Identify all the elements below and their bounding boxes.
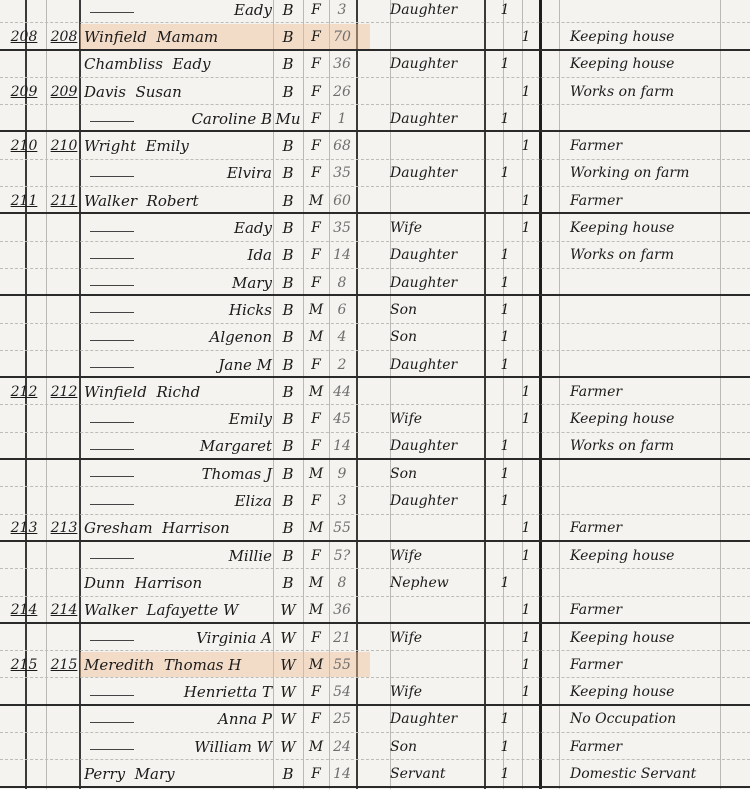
age-value: 44 [330, 378, 354, 405]
single-mark [496, 624, 514, 651]
relationship-value: Daughter [384, 706, 496, 733]
given-name: Hicks [229, 301, 272, 319]
color-value: B [274, 515, 302, 542]
age-value: 14 [330, 433, 354, 460]
person-name: Perry Mary [84, 760, 272, 787]
given-name: William W [194, 738, 272, 756]
given-name: Anna P [218, 710, 272, 728]
married-mark [517, 760, 535, 787]
occupation-value: Works on farm [566, 78, 745, 105]
relationship-value: Son [384, 733, 496, 760]
given-name: Eady [234, 219, 272, 237]
age-value: 54 [330, 679, 354, 706]
dwelling-number: 212 [2, 378, 46, 405]
given-name: Eady [234, 1, 272, 19]
color-value: B [274, 78, 302, 105]
occupation-value: Farmer [566, 733, 745, 760]
color-value: B [274, 296, 302, 323]
dwelling-number: 215 [2, 651, 46, 678]
single-mark: 1 [496, 0, 514, 23]
family-number [48, 706, 80, 733]
married-mark: 1 [517, 187, 535, 214]
ditto-mark [90, 285, 134, 286]
census-row: 212212Winfield RichdBM441Farmer [0, 378, 750, 405]
occupation-value [566, 0, 745, 23]
sex-value: M [304, 569, 328, 596]
census-page: EadyBF3Daughter1208208Winfield MamamBF70… [0, 0, 750, 789]
family-number: 215 [48, 651, 80, 678]
single-mark: 1 [496, 324, 514, 351]
age-value: 9 [330, 460, 354, 487]
age-value: 14 [330, 242, 354, 269]
sex-value: M [304, 597, 328, 624]
census-row: Anna PWF25Daughter1No Occupation [0, 706, 750, 733]
person-name: Chambliss Eady [84, 51, 272, 78]
given-name: Harrison [162, 519, 230, 537]
census-row: MargaretBF14Daughter1Works on farm [0, 433, 750, 460]
color-value: W [274, 624, 302, 651]
given-name: Elvira [227, 164, 272, 182]
occupation-value [566, 269, 745, 296]
dwelling-number [2, 51, 46, 78]
person-name: Eady [84, 214, 278, 241]
surname: Gresham [84, 519, 153, 537]
dwelling-number: 213 [2, 515, 46, 542]
color-value: B [274, 160, 302, 187]
ditto-mark [90, 367, 134, 368]
age-value: 55 [330, 515, 354, 542]
occupation-value [566, 487, 745, 514]
relationship-value [384, 187, 496, 214]
person-name: Caroline B [84, 105, 278, 132]
relationship-value: Wife [384, 624, 496, 651]
age-value: 6 [330, 296, 354, 323]
occupation-value: Keeping house [566, 406, 745, 433]
surname: Wright [84, 137, 136, 155]
census-row: Caroline BMuF1Daughter1 [0, 105, 750, 132]
single-mark: 1 [496, 706, 514, 733]
dwelling-number: 211 [2, 187, 46, 214]
married-mark: 1 [517, 597, 535, 624]
dwelling-number [2, 160, 46, 187]
person-name: Mary [84, 269, 278, 296]
color-value: B [274, 0, 302, 23]
person-name: Margaret [84, 433, 278, 460]
sex-value: F [304, 51, 328, 78]
surname: Winfield [84, 383, 147, 401]
married-mark: 1 [517, 406, 535, 433]
occupation-value: Farmer [566, 515, 745, 542]
relationship-value: Wife [384, 406, 496, 433]
relationship-value: Daughter [384, 160, 496, 187]
married-mark [517, 242, 535, 269]
family-number [48, 569, 80, 596]
occupation-value [566, 351, 745, 378]
family-number [48, 214, 80, 241]
person-name: Walker Lafayette W [84, 597, 272, 624]
person-name: Ida [84, 242, 278, 269]
person-name: Dunn Harrison [84, 569, 272, 596]
surname: Davis [84, 83, 126, 101]
relationship-value: Nephew [384, 569, 496, 596]
dwelling-number [2, 624, 46, 651]
relationship-value: Son [384, 296, 496, 323]
sex-value: F [304, 0, 328, 23]
color-value: B [274, 324, 302, 351]
sex-value: F [304, 624, 328, 651]
occupation-value [566, 105, 745, 132]
family-number [48, 160, 80, 187]
person-name: William W [84, 733, 278, 760]
married-mark [517, 351, 535, 378]
married-mark [517, 487, 535, 514]
married-mark [517, 433, 535, 460]
married-mark [517, 460, 535, 487]
single-mark: 1 [496, 733, 514, 760]
given-name: Margaret [200, 437, 272, 455]
single-mark: 1 [496, 269, 514, 296]
surname: Walker [84, 601, 137, 619]
age-value: 25 [330, 706, 354, 733]
occupation-value: Keeping house [566, 23, 745, 50]
married-mark: 1 [517, 78, 535, 105]
single-mark [496, 78, 514, 105]
married-mark [517, 160, 535, 187]
ditto-mark [90, 722, 134, 723]
age-value: 35 [330, 160, 354, 187]
age-value: 60 [330, 187, 354, 214]
occupation-value [566, 324, 745, 351]
dwelling-number [2, 351, 46, 378]
sex-value: F [304, 78, 328, 105]
married-mark: 1 [517, 515, 535, 542]
ditto-mark [90, 558, 134, 559]
family-number [48, 269, 80, 296]
dwelling-number: 210 [2, 133, 46, 160]
dwelling-number: 209 [2, 78, 46, 105]
family-number [48, 51, 80, 78]
sex-value: F [304, 351, 328, 378]
color-value: B [274, 214, 302, 241]
dwelling-number [2, 406, 46, 433]
given-name: Thomas J [202, 465, 272, 483]
census-row: William WWM24Son1Farmer [0, 733, 750, 760]
census-row: EadyBF3Daughter1 [0, 0, 750, 23]
color-value: B [274, 51, 302, 78]
dwelling-number [2, 460, 46, 487]
relationship-value [384, 378, 496, 405]
single-mark: 1 [496, 487, 514, 514]
given-name: Henrietta T [184, 683, 272, 701]
sex-value: F [304, 105, 328, 132]
color-value: W [274, 706, 302, 733]
married-mark [517, 733, 535, 760]
married-mark [517, 0, 535, 23]
census-row: Chambliss EadyBF36Daughter1Keeping house [0, 51, 750, 78]
single-mark: 1 [496, 296, 514, 323]
occupation-value: Keeping house [566, 51, 745, 78]
family-number [48, 433, 80, 460]
single-mark [496, 515, 514, 542]
single-mark: 1 [496, 569, 514, 596]
color-value: B [274, 23, 302, 50]
married-mark: 1 [517, 133, 535, 160]
dwelling-number [2, 324, 46, 351]
occupation-value: Farmer [566, 133, 745, 160]
occupation-value [566, 460, 745, 487]
sex-value: M [304, 378, 328, 405]
sex-value: F [304, 706, 328, 733]
relationship-value: Daughter [384, 51, 496, 78]
occupation-value [566, 296, 745, 323]
color-value: W [274, 597, 302, 624]
ditto-mark [90, 504, 134, 505]
person-name: Wright Emily [84, 133, 272, 160]
row-rule [0, 786, 750, 788]
census-row: ElizaBF3Daughter1 [0, 487, 750, 514]
color-value: B [274, 133, 302, 160]
person-name: Davis Susan [84, 78, 272, 105]
person-name: Winfield Mamam [84, 23, 272, 50]
age-value: 2 [330, 351, 354, 378]
dwelling-number [2, 214, 46, 241]
sex-value: M [304, 324, 328, 351]
family-number [48, 0, 80, 23]
age-value: 70 [330, 23, 354, 50]
census-row: Henrietta TWF54Wife1Keeping house [0, 679, 750, 706]
person-name: Meredith Thomas H [84, 651, 272, 678]
age-value: 45 [330, 406, 354, 433]
family-number: 210 [48, 133, 80, 160]
dwelling-number [2, 269, 46, 296]
dwelling-number [2, 733, 46, 760]
ditto-mark [90, 749, 134, 750]
occupation-value: No Occupation [566, 706, 745, 733]
dwelling-number [2, 706, 46, 733]
occupation-value: Keeping house [566, 624, 745, 651]
color-value: W [274, 679, 302, 706]
person-name: Millie [84, 542, 278, 569]
given-name: Harrison [135, 574, 203, 592]
dwelling-number [2, 487, 46, 514]
relationship-value: Son [384, 460, 496, 487]
age-value: 68 [330, 133, 354, 160]
sex-value: F [304, 406, 328, 433]
dwelling-number [2, 242, 46, 269]
sex-value: F [304, 133, 328, 160]
sex-value: M [304, 651, 328, 678]
person-name: Elvira [84, 160, 278, 187]
single-mark: 1 [496, 105, 514, 132]
family-number [48, 351, 80, 378]
married-mark: 1 [517, 624, 535, 651]
occupation-value: Farmer [566, 597, 745, 624]
family-number [48, 296, 80, 323]
married-mark [517, 706, 535, 733]
relationship-value: Servant [384, 760, 496, 787]
age-value: 5? [330, 542, 354, 569]
relationship-value: Son [384, 324, 496, 351]
occupation-value: Works on farm [566, 433, 745, 460]
single-mark [496, 651, 514, 678]
family-number [48, 105, 80, 132]
census-row: MillieBF5?Wife1Keeping house [0, 542, 750, 569]
single-mark: 1 [496, 760, 514, 787]
relationship-value: Daughter [384, 105, 496, 132]
ditto-mark [90, 176, 134, 177]
dwelling-number: 214 [2, 597, 46, 624]
person-name: Eady [84, 0, 278, 23]
married-mark [517, 51, 535, 78]
census-row: IdaBF14Daughter1Works on farm [0, 242, 750, 269]
relationship-value: Wife [384, 214, 496, 241]
single-mark: 1 [496, 351, 514, 378]
single-mark [496, 597, 514, 624]
age-value: 3 [330, 0, 354, 23]
married-mark [517, 296, 535, 323]
given-name: Eady [172, 55, 210, 73]
sex-value: F [304, 160, 328, 187]
sex-value: M [304, 733, 328, 760]
dwelling-number [2, 569, 46, 596]
married-mark [517, 105, 535, 132]
married-mark [517, 569, 535, 596]
age-value: 4 [330, 324, 354, 351]
ditto-mark [90, 340, 134, 341]
given-name: Emily [229, 410, 272, 428]
given-name: Mamam [156, 28, 218, 46]
relationship-value: Daughter [384, 351, 496, 378]
married-mark [517, 269, 535, 296]
age-value: 1 [330, 105, 354, 132]
color-value: B [274, 351, 302, 378]
person-name: Gresham Harrison [84, 515, 272, 542]
relationship-value: Daughter [384, 242, 496, 269]
single-mark: 1 [496, 460, 514, 487]
census-row: ElviraBF35Daughter1Working on farm [0, 160, 750, 187]
sex-value: M [304, 187, 328, 214]
relationship-value: Daughter [384, 0, 496, 23]
given-name: Mary [232, 274, 272, 292]
person-name: Anna P [84, 706, 278, 733]
relationship-value [384, 23, 496, 50]
census-row: 210210Wright EmilyBF681Farmer [0, 133, 750, 160]
given-name: Robert [147, 192, 199, 210]
occupation-value [566, 569, 745, 596]
single-mark [496, 133, 514, 160]
sex-value: F [304, 214, 328, 241]
dwelling-number [2, 760, 46, 787]
family-number [48, 406, 80, 433]
sex-value: M [304, 296, 328, 323]
family-number: 214 [48, 597, 80, 624]
sex-value: F [304, 269, 328, 296]
color-value: W [274, 651, 302, 678]
given-name: Caroline B [191, 110, 272, 128]
person-name: Winfield Richd [84, 378, 272, 405]
person-name: Hicks [84, 296, 278, 323]
family-number [48, 733, 80, 760]
dwelling-number: 208 [2, 23, 46, 50]
single-mark [496, 187, 514, 214]
dwelling-number [2, 433, 46, 460]
age-value: 35 [330, 214, 354, 241]
given-name: Millie [229, 547, 272, 565]
surname: Dunn [84, 574, 125, 592]
ditto-mark [90, 231, 134, 232]
married-mark: 1 [517, 214, 535, 241]
family-number [48, 542, 80, 569]
sex-value: F [304, 242, 328, 269]
age-value: 21 [330, 624, 354, 651]
person-name: Jane M [84, 351, 278, 378]
census-row: Virginia AWF21Wife1Keeping house [0, 624, 750, 651]
census-row: 211211Walker RobertBM601Farmer [0, 187, 750, 214]
given-name: Susan [136, 83, 182, 101]
occupation-value: Keeping house [566, 542, 745, 569]
relationship-value [384, 78, 496, 105]
census-row: Jane MBF2Daughter1 [0, 351, 750, 378]
ditto-mark [90, 312, 134, 313]
occupation-value: Keeping house [566, 214, 745, 241]
family-number: 211 [48, 187, 80, 214]
color-value: Mu [274, 105, 302, 132]
ditto-mark [90, 121, 134, 122]
single-mark: 1 [496, 433, 514, 460]
color-value: B [274, 433, 302, 460]
census-row: EadyBF35Wife1Keeping house [0, 214, 750, 241]
family-number: 208 [48, 23, 80, 50]
dwelling-number [2, 296, 46, 323]
person-name: Eliza [84, 487, 278, 514]
surname: Perry [84, 765, 125, 783]
dwelling-number [2, 542, 46, 569]
census-row: 209209Davis SusanBF261Works on farm [0, 78, 750, 105]
color-value: B [274, 242, 302, 269]
person-name: Virginia A [84, 624, 278, 651]
dwelling-number [2, 105, 46, 132]
surname: Meredith [84, 656, 154, 674]
single-mark [496, 406, 514, 433]
ditto-mark [90, 476, 134, 477]
person-name: Emily [84, 406, 278, 433]
census-row: Dunn HarrisonBM8Nephew1 [0, 569, 750, 596]
color-value: B [274, 406, 302, 433]
relationship-value: Daughter [384, 269, 496, 296]
given-name: Algenon [210, 328, 272, 346]
color-value: B [274, 569, 302, 596]
census-row: EmilyBF45Wife1Keeping house [0, 406, 750, 433]
sex-value: M [304, 460, 328, 487]
family-number [48, 324, 80, 351]
color-value: B [274, 269, 302, 296]
dwelling-number [2, 679, 46, 706]
married-mark: 1 [517, 679, 535, 706]
ditto-mark [90, 695, 134, 696]
married-mark: 1 [517, 23, 535, 50]
age-value: 24 [330, 733, 354, 760]
relationship-value [384, 133, 496, 160]
ditto-mark [90, 258, 134, 259]
single-mark: 1 [496, 160, 514, 187]
married-mark: 1 [517, 542, 535, 569]
occupation-value: Keeping house [566, 679, 745, 706]
color-value: B [274, 187, 302, 214]
relationship-value [384, 651, 496, 678]
sex-value: M [304, 515, 328, 542]
person-name: Henrietta T [84, 679, 278, 706]
ditto-mark [90, 422, 134, 423]
